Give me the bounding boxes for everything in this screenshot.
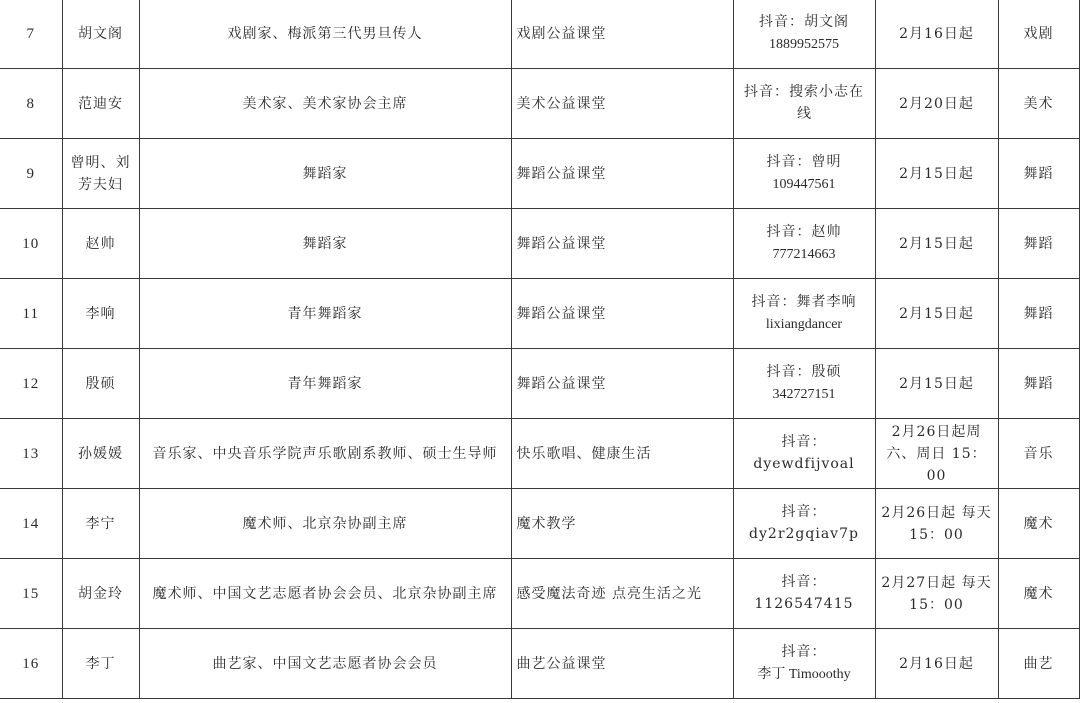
platform-account: 抖音：dy2r2gqiav7p [733, 489, 875, 559]
table-row: 11 李响 青年舞蹈家 舞蹈公益课堂 抖音：舞者李响lixiangdancer … [0, 279, 1079, 349]
course-name: 舞蹈公益课堂 [511, 349, 733, 419]
row-number: 16 [0, 629, 62, 699]
start-time: 2月27日起 每天15：00 [875, 559, 998, 629]
artist-title: 青年舞蹈家 [139, 349, 511, 419]
table-row: 7 胡文阁 戏剧家、梅派第三代男旦传人 戏剧公益课堂 抖音：胡文阁1889952… [0, 0, 1079, 69]
artist-title: 青年舞蹈家 [139, 279, 511, 349]
table-row: 8 范迪安 美术家、美术家协会主席 美术公益课堂 抖音：搜索小志在线 2月20日… [0, 69, 1079, 139]
category: 舞蹈 [998, 139, 1079, 209]
course-name: 快乐歌唱、健康生活 [511, 419, 733, 489]
category: 舞蹈 [998, 209, 1079, 279]
artist-title: 曲艺家、中国文艺志愿者协会会员 [139, 629, 511, 699]
artist-title: 音乐家、中央音乐学院声乐歌剧系教师、硕士生导师 [139, 419, 511, 489]
artist-name: 范迪安 [62, 69, 139, 139]
row-number: 11 [0, 279, 62, 349]
start-time: 2月15日起 [875, 349, 998, 419]
row-number: 15 [0, 559, 62, 629]
platform-account: 抖音：dyewdfijvoal [733, 419, 875, 489]
course-name: 舞蹈公益课堂 [511, 279, 733, 349]
category: 舞蹈 [998, 279, 1079, 349]
category: 美术 [998, 69, 1079, 139]
start-time: 2月20日起 [875, 69, 998, 139]
table-row: 13 孙媛媛 音乐家、中央音乐学院声乐歌剧系教师、硕士生导师 快乐歌唱、健康生活… [0, 419, 1079, 489]
artist-title: 魔术师、中国文艺志愿者协会会员、北京杂协副主席 [139, 559, 511, 629]
start-time: 2月15日起 [875, 139, 998, 209]
artist-title: 魔术师、北京杂协副主席 [139, 489, 511, 559]
row-number: 12 [0, 349, 62, 419]
table-row: 14 李宁 魔术师、北京杂协副主席 魔术教学 抖音：dy2r2gqiav7p 2… [0, 489, 1079, 559]
artist-title: 美术家、美术家协会主席 [139, 69, 511, 139]
row-number: 10 [0, 209, 62, 279]
table-row: 12 殷硕 青年舞蹈家 舞蹈公益课堂 抖音：殷硕342727151 2月15日起… [0, 349, 1079, 419]
category: 舞蹈 [998, 349, 1079, 419]
artist-name: 李响 [62, 279, 139, 349]
platform-account: 抖音：舞者李响lixiangdancer [733, 279, 875, 349]
start-time: 2月15日起 [875, 209, 998, 279]
platform-account: 抖音：曾明109447561 [733, 139, 875, 209]
artist-name: 曾明、刘芳夫妇 [62, 139, 139, 209]
artist-name: 孙媛媛 [62, 419, 139, 489]
row-number: 9 [0, 139, 62, 209]
artist-name: 李宁 [62, 489, 139, 559]
row-number: 14 [0, 489, 62, 559]
artist-name: 赵帅 [62, 209, 139, 279]
artist-name: 胡文阁 [62, 0, 139, 69]
platform-account: 抖音：李丁 Timooothy [733, 629, 875, 699]
artist-name: 胡金玲 [62, 559, 139, 629]
platform-account: 抖音：1126547415 [733, 559, 875, 629]
artist-title: 舞蹈家 [139, 139, 511, 209]
platform-account: 抖音：搜索小志在线 [733, 69, 875, 139]
row-number: 13 [0, 419, 62, 489]
row-number: 8 [0, 69, 62, 139]
start-time: 2月15日起 [875, 279, 998, 349]
start-time: 2月26日起周六、周日 15：00 [875, 419, 998, 489]
category: 音乐 [998, 419, 1079, 489]
start-time: 2月16日起 [875, 0, 998, 69]
row-number: 7 [0, 0, 62, 69]
course-name: 感受魔法奇迹 点亮生活之光 [511, 559, 733, 629]
artist-title: 舞蹈家 [139, 209, 511, 279]
platform-account: 抖音：赵帅777214663 [733, 209, 875, 279]
category: 曲艺 [998, 629, 1079, 699]
course-name: 美术公益课堂 [511, 69, 733, 139]
artist-name: 殷硕 [62, 349, 139, 419]
table-row: 9 曾明、刘芳夫妇 舞蹈家 舞蹈公益课堂 抖音：曾明109447561 2月15… [0, 139, 1079, 209]
course-name: 舞蹈公益课堂 [511, 139, 733, 209]
course-name: 曲艺公益课堂 [511, 629, 733, 699]
table-row: 15 胡金玲 魔术师、中国文艺志愿者协会会员、北京杂协副主席 感受魔法奇迹 点亮… [0, 559, 1079, 629]
course-schedule-table: 7 胡文阁 戏剧家、梅派第三代男旦传人 戏剧公益课堂 抖音：胡文阁1889952… [0, 0, 1080, 699]
course-name: 戏剧公益课堂 [511, 0, 733, 69]
platform-account: 抖音：胡文阁1889952575 [733, 0, 875, 69]
artist-title: 戏剧家、梅派第三代男旦传人 [139, 0, 511, 69]
category: 魔术 [998, 559, 1079, 629]
course-name: 舞蹈公益课堂 [511, 209, 733, 279]
category: 魔术 [998, 489, 1079, 559]
course-name: 魔术教学 [511, 489, 733, 559]
category: 戏剧 [998, 0, 1079, 69]
table-row: 10 赵帅 舞蹈家 舞蹈公益课堂 抖音：赵帅777214663 2月15日起 舞… [0, 209, 1079, 279]
artist-name: 李丁 [62, 629, 139, 699]
platform-account: 抖音：殷硕342727151 [733, 349, 875, 419]
table-row: 16 李丁 曲艺家、中国文艺志愿者协会会员 曲艺公益课堂 抖音：李丁 Timoo… [0, 629, 1079, 699]
start-time: 2月26日起 每天15：00 [875, 489, 998, 559]
start-time: 2月16日起 [875, 629, 998, 699]
